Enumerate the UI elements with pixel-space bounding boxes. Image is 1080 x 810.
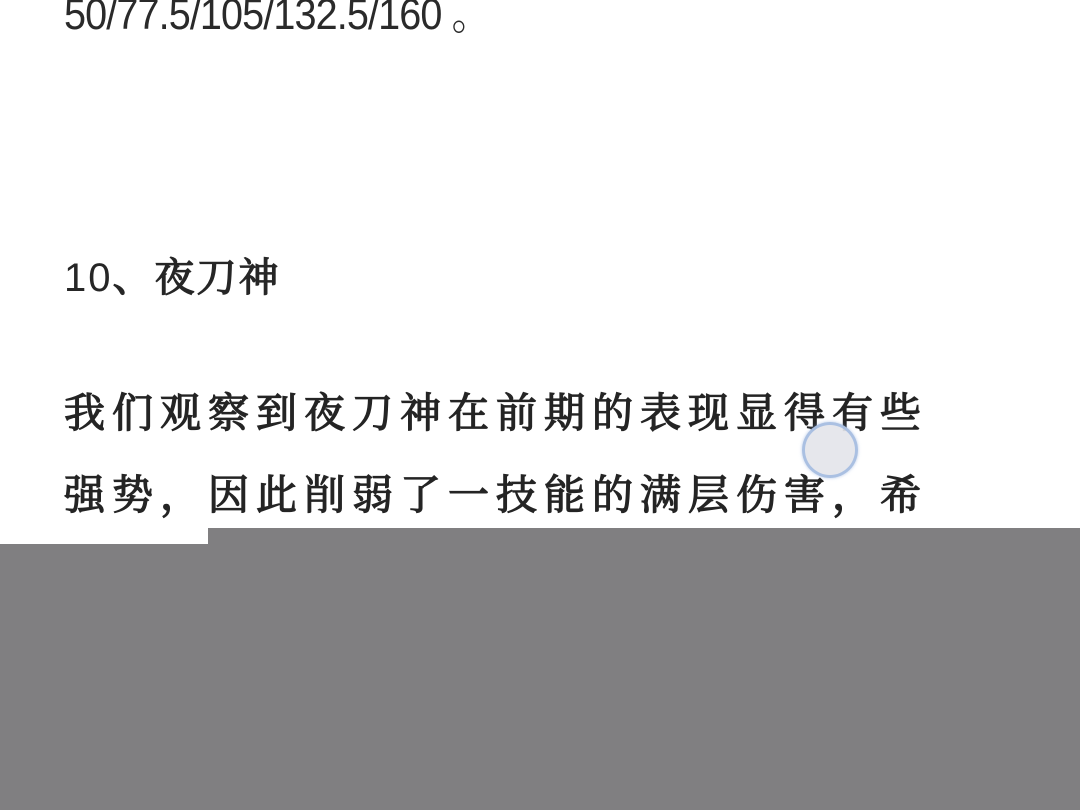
paragraph-line-2: 强势，因此削弱了一技能的满层伤害，希 xyxy=(64,462,928,521)
section-heading: 10、夜刀神 xyxy=(64,246,281,303)
hero-name: 夜刀神 xyxy=(155,254,281,301)
paragraph-line-1: 我们观察到夜刀神在前期的表现显得有些 xyxy=(64,380,928,439)
section-separator: 、 xyxy=(113,254,155,301)
damage-values-line: 50/77.5/105/132.5/160 。 xyxy=(64,0,490,42)
gray-overlay-bottom xyxy=(0,544,1080,810)
section-number: 10 xyxy=(64,256,113,300)
touch-indicator-icon xyxy=(802,422,858,478)
